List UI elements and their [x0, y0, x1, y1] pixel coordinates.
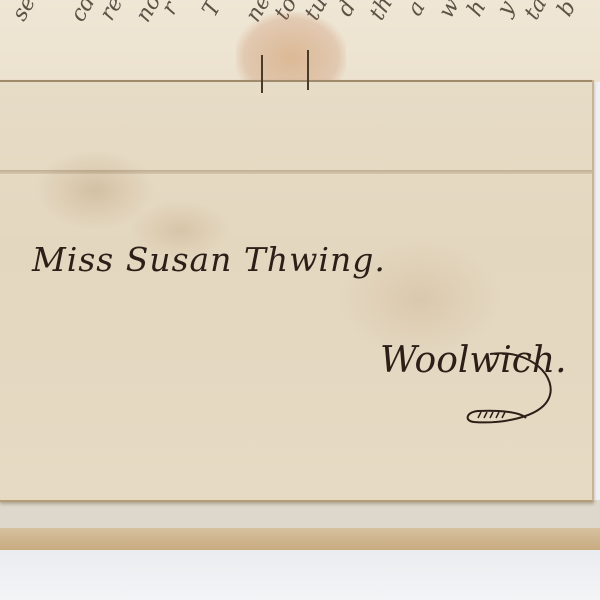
script-fragment: ta: [520, 0, 553, 22]
script-fragment: re: [95, 0, 128, 22]
background-surface: [0, 545, 600, 600]
script-fragment: a: [402, 0, 430, 20]
script-fragment: w: [434, 0, 465, 22]
script-fragment: r: [157, 0, 184, 19]
recipient-name: Miss Susan Thwing.: [32, 240, 386, 279]
script-fragment: h: [463, 0, 492, 21]
letter-cover: [0, 80, 594, 502]
script-fragment: se: [7, 0, 41, 22]
under-sheet-edge: [0, 525, 600, 550]
seal-tear-left: [261, 55, 263, 93]
wax-seal-stain: [236, 12, 346, 87]
script-fragment: d: [333, 0, 362, 21]
gray-sheet: [0, 500, 600, 528]
flourish-icon: [460, 348, 556, 428]
seal-tear-right: [307, 50, 309, 90]
script-fragment: y: [492, 0, 520, 20]
script-fragment: th: [365, 0, 398, 22]
fold-line: [0, 80, 592, 82]
script-fragment: T: [198, 0, 227, 21]
fold-crease: [0, 170, 592, 174]
script-fragment: b: [553, 0, 582, 21]
